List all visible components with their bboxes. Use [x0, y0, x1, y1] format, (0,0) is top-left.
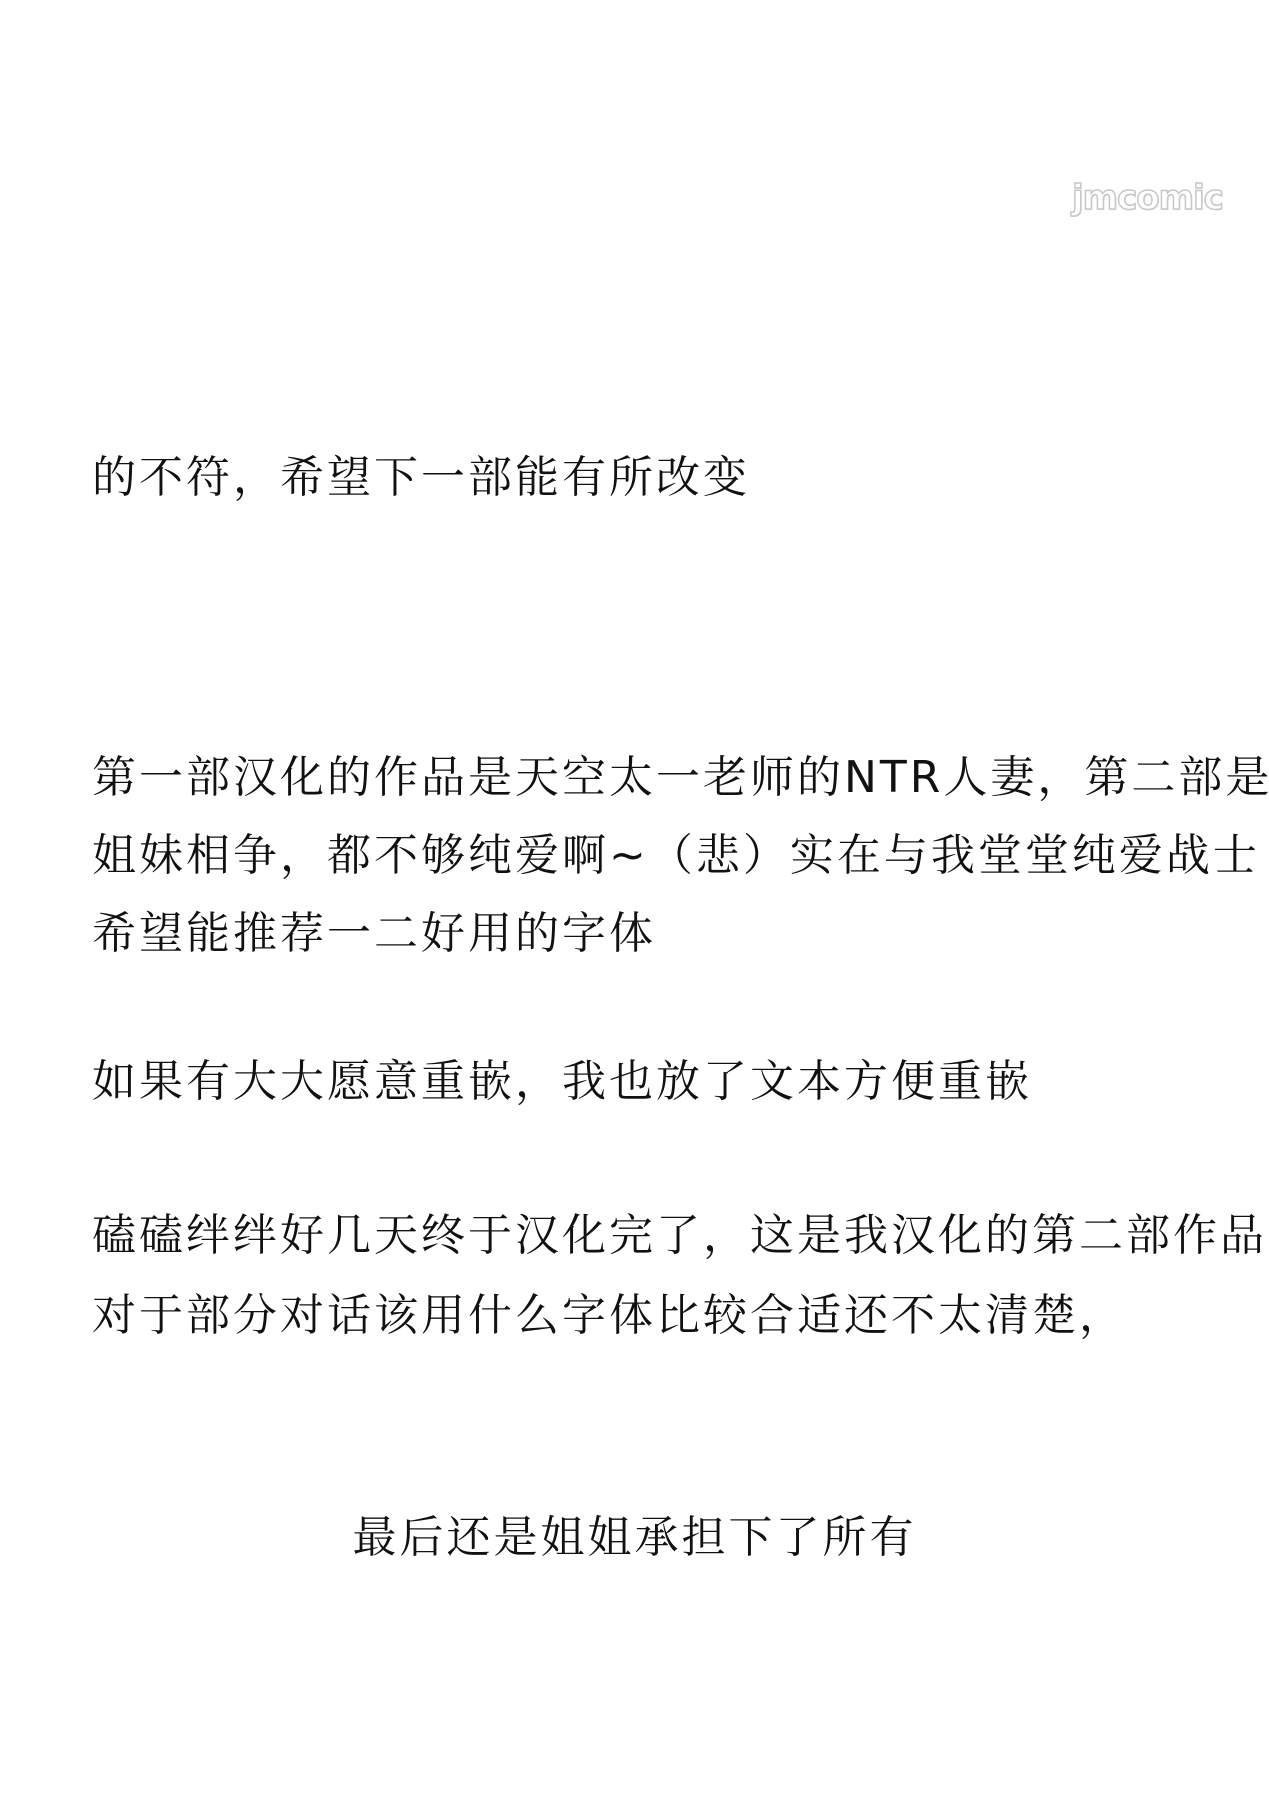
- jmcomic-watermark-logo: jmcomic: [1072, 178, 1223, 218]
- text-line: 希望能推荐一二好用的字体: [92, 908, 656, 960]
- closing-line: 最后还是姐姐承担下了所有: [0, 1512, 1269, 1564]
- text-line: 的不符，希望下一部能有所改变: [92, 452, 750, 504]
- text-line: 姐妹相争，都不够纯爱啊~（悲）实在与我堂堂纯爱战士: [92, 830, 1260, 882]
- text-line: 磕磕绊绊好几天终于汉化完了，这是我汉化的第二部作品: [92, 1210, 1267, 1262]
- text-line: 第一部汉化的作品是天空太一老师的NTR人妻，第二部是: [92, 752, 1269, 804]
- text-line: 对于部分对话该用什么字体比较合适还不太清楚，: [92, 1290, 1126, 1342]
- text-line: 如果有大大愿意重嵌，我也放了文本方便重嵌: [92, 1056, 1032, 1108]
